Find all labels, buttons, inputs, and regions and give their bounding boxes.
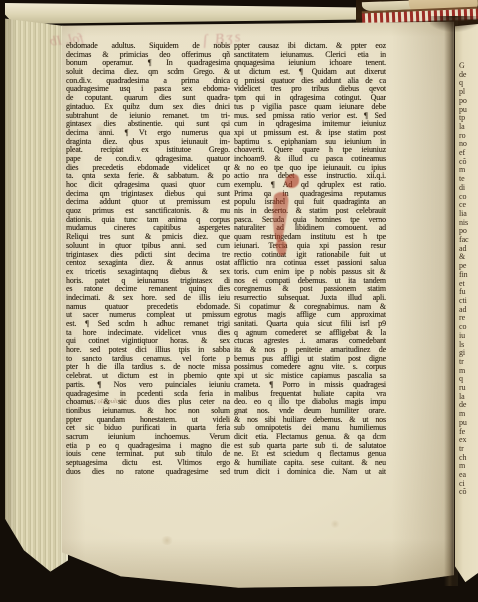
text-line: est. ¶ Sed scdm h adhuc remanet trigi <box>66 320 230 329</box>
text-line: q pmissi quatuor dies addunt alia de ca <box>234 77 386 86</box>
text-line: ctucas agrestes .i. amaras comedebant <box>234 337 386 346</box>
text-line: toris. cum enim ipe p nobis passus sit & <box>234 268 386 277</box>
text-line: coregnemus & post passionem statim <box>234 285 386 294</box>
text-line: decima anni. ¶ Vt ergo numerus qua <box>66 129 230 138</box>
text-line: egrotus magis afflige cum approximat <box>234 311 386 320</box>
text-line: bemus pus affligi ut statim post digne <box>234 355 386 364</box>
text-line: est sub quarta parte sub ti. de salutato… <box>234 442 386 451</box>
text-line: qui cotinet vigintiqtuor horas. & sex <box>66 337 230 346</box>
red-rubric-blob <box>285 174 299 188</box>
text-line: xpi ut pmissum est. & ipse statim post <box>234 129 386 138</box>
text-line: subtrahunt de ieiunio remanet. tm tri- <box>66 112 230 121</box>
book-photograph: G de q pl po pu tp la ro no ef cõ m te d… <box>0 0 478 602</box>
text-line: & no eo tpe quo ipe ieiunauit. cu ipius <box>234 164 386 173</box>
text-line: dationis. quia tunc tam anima q corpus <box>66 216 230 225</box>
text-line: ut dictum est. ¶ Quidam aut dixerut <box>234 68 386 77</box>
text-line: Prima qa in quadragesima reputamus <box>234 190 386 199</box>
text-line: celebrat. ut dictum est in pbemio qnte <box>66 372 230 381</box>
text-line: cet sic biduo purificati in quarta feria <box>66 424 230 433</box>
marginal-handwritten-note: nõ ĩ oĩa puĩcial <box>86 397 142 405</box>
text-line: rectio cotinuat igit rationabile fuit ut <box>234 251 386 260</box>
text-line: de coputant. quarum dies sunt quadra- <box>66 94 230 103</box>
text-line: sanitati. Quarta quia sicut filii isrl p… <box>234 320 386 329</box>
text-line: ieiunari. Tercia quia xpi passion resur <box>234 242 386 251</box>
text-line: ta. qnta sexta ferie. & sabbatum. & po <box>66 172 230 181</box>
text-line: to sancto tardius cenamus. vel forte p <box>66 355 230 364</box>
text-line: horis. patet q ieiunamus trigintasex di <box>66 277 230 286</box>
text-line: ita & nos p penitetie amaritudinez de <box>234 346 386 355</box>
text-line: possimus comedere agnu vite. s. corpus <box>234 363 386 372</box>
text-column-right: ppter causaz ibi dictam. & ppter eozsanc… <box>234 42 386 476</box>
text-line: exemplu. ¶ Ad qd qdruplex est ratio. <box>234 181 386 190</box>
text-line: es ratone decime remanent quinq dies <box>66 285 230 294</box>
text-line: iouis cene terminat. put sub titulo de <box>66 450 230 459</box>
text-line: etia p eo q quadragesima i magno die <box>66 442 230 451</box>
text-line: indecimati. & sex hore. sed de illis iei… <box>66 294 230 303</box>
text-column-left: ebdomade adultus. Siquidem de nobisdecim… <box>66 42 230 476</box>
text-line: soluunt in qtuor tpibus anni. sed cum <box>66 242 230 251</box>
text-line: decimas & primicias deo offerimus qñ <box>66 51 230 60</box>
text-line: ne. Et est sciedum q flectamus genua <box>234 450 386 459</box>
text-line: Reliqui tres sunt & pmicis diez. que <box>66 233 230 242</box>
text-line: & humiliate capita. sese cuitant. & neu <box>234 459 386 468</box>
text-line: pasca. Secuda quia homines tpe verno <box>234 216 386 225</box>
text-line: nos ei compati debemus. ut ita tandem <box>234 277 386 286</box>
text-line: pape de con.di.v. qdragesima. quatuor <box>66 155 230 164</box>
facing-page-sliver: G de q pl po pu tp la ro no ef cõ m te d… <box>455 24 478 590</box>
text-line: ppter quandam honestatem. ut videli <box>66 416 230 425</box>
text-line: ta hore indecimate. videlicet vnus dies <box>66 329 230 338</box>
text-line: populu israhel qui fuit quadraginta an <box>234 198 386 207</box>
text-line: qnquagesima ieiunium ichoare tenent. <box>234 59 386 68</box>
text-line: bonum operamur. ¶ In quadragesima <box>66 59 230 68</box>
text-line: gnat nos. vnde deum humiliter orare. <box>234 407 386 416</box>
text-line: con.di.v. quadradesima a prima dnica <box>66 77 230 86</box>
text-line: resurrectio subsequat. Juxta illud apli. <box>234 294 386 303</box>
text-line: draginta diez. qbus xpus ieiunauit im- <box>66 138 230 147</box>
text-line: dies precedetis ebdomade videlicet qr <box>66 164 230 173</box>
text-line: dicit etia. Flectamus genua. & qa dcm <box>234 433 386 442</box>
text-line: tus p vigilia pasce quam ieiunare debe <box>234 103 386 112</box>
text-line: mudamus cineres capitibus aspergetes <box>66 224 230 233</box>
text-line: decima addunt qtuor ut premissum est <box>66 198 230 207</box>
text-line: partis. ¶ Nos vero puinciales ieiuniu <box>66 381 230 390</box>
text-line: naturaliter ad libidinem comouent. ad <box>234 224 386 233</box>
text-line: gintaduo. Ex quibz dum sex dies dnici <box>66 103 230 112</box>
text-line: malibus frequentat huliate capita vra <box>234 390 386 399</box>
text-line: sanctitatem ieiunamus. Clerici etia in <box>234 51 386 60</box>
text-line: deo. eo q illo tpe diabolus magis impu <box>234 398 386 407</box>
text-line: pter h die illa tardius s. de nocte miss… <box>66 363 230 372</box>
text-line: actio nra debet esse instructio. xii.q.i… <box>234 172 386 181</box>
text-line: choaverit. Quere quare h tpe ieiuniuz <box>234 146 386 155</box>
text-line: quadragesime in pcedenti scda feria in <box>66 390 230 399</box>
text-line: decima qm trigintasex diebus qui sunt <box>66 190 230 199</box>
head-gutter-shadow <box>430 16 478 38</box>
text-line: soluit decima diez. qm scdm Grego. & <box>66 68 230 77</box>
text-line: hore. sed potest dici illius tpis in sab… <box>66 346 230 355</box>
text-line: q agnum comederet se affligebat & la <box>234 329 386 338</box>
text-line: sacrum ieiunium inchoemus. Verum <box>66 433 230 442</box>
text-line: tionibus ieiunamus. & hoc non solum <box>66 407 230 416</box>
text-line: tpm qui in qdragesima cotingut. Quar <box>234 94 386 103</box>
text-line: videlicet tres pro tribus diebus qevot <box>234 85 386 94</box>
text-line: septuagesima dictu est. Vltimos ergo <box>66 459 230 468</box>
facing-page-text-fragments: G de q pl po pu tp la ro no ef cõ m te d… <box>459 62 478 497</box>
text-line: xpi ut sic mistice capiamus pascalia sa <box>234 372 386 381</box>
text-line: ppter causaz ibi dictam. & ppter eoz <box>234 42 386 51</box>
text-line: afflictio nra cotinua esset passioni sal… <box>234 259 386 268</box>
text-line: quam restringedam institutu est h tpe <box>234 233 386 242</box>
text-line: ex tricetis sexagintaqnq diebus & sex <box>66 268 230 277</box>
text-line: namus quatuor precedetis ebdomade. <box>66 303 230 312</box>
text-line: ebdomade adultus. Siquidem de nobis <box>66 42 230 51</box>
text-line: pleat. recipiat ex istitutoe Grego. <box>66 146 230 155</box>
text-line: hoc dicit qdragesima quasi qtuor cum <box>66 181 230 190</box>
text-line: quoz primus est sanctificatonis. & mu <box>66 207 230 216</box>
text-line: nis in deserto. & statim post celebrauit <box>234 207 386 216</box>
page-block-fore-edge <box>5 13 68 575</box>
text-line: crameta. ¶ Porro in missis quadragesi <box>234 381 386 390</box>
text-line: cum in qdragesima imitemur ieiuniuz <box>234 120 386 129</box>
text-line: duos dies no ratone quadragesime sed <box>66 468 230 477</box>
text-line: centoz sexaginta diez. & annus ostat <box>66 259 230 268</box>
text-line: quadragesime usq i pasca sex ebdoma- <box>66 85 230 94</box>
text-line: gintasex dies abstinentie. qui sunt qsi <box>66 120 230 129</box>
text-line: sub omnipotetis dei manu humiliemus <box>234 424 386 433</box>
text-line: trigintasex dies pdicti sint decima tre <box>66 251 230 260</box>
text-line: Si copatimur & coregnabimus. nam & <box>234 303 386 312</box>
text-line: ut sacer numerus compleat ut pmissum <box>66 311 230 320</box>
text-line: trum dicit i dominica die. Nam ut ait <box>234 468 386 477</box>
text-line: mus. sed pmissa ratio verior est. ¶ Sed <box>234 112 386 121</box>
text-line: inchoam9. & illud cu pasca cotineamus <box>234 155 386 164</box>
text-line: & nos sibi huiliare debemus. & ut nos <box>234 416 386 425</box>
text-line: baptimu s. epiphaniam suu ieiunium in <box>234 138 386 147</box>
